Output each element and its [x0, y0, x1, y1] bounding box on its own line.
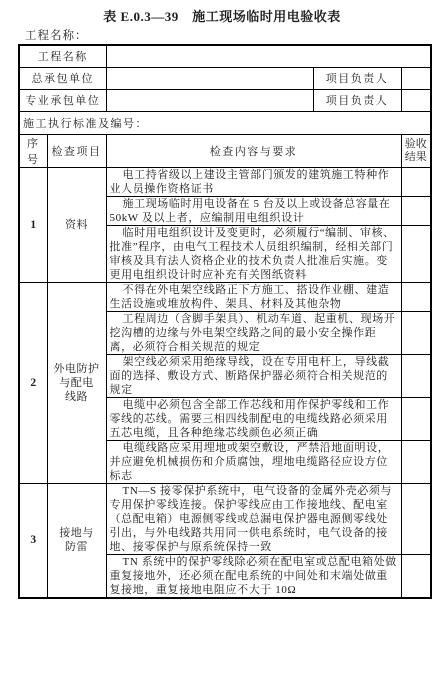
project-manager-input-cell[interactable]	[401, 89, 431, 111]
section-item: 资料	[47, 167, 106, 282]
result-cell[interactable]	[401, 225, 431, 282]
section-no: 2	[19, 282, 47, 483]
header-item: 检查项目	[47, 134, 106, 167]
form-title: 表 E.0.3—39 施工现场临时用电验收表	[0, 6, 444, 25]
project-name-cell-label: 工程名称	[19, 45, 106, 67]
result-cell[interactable]	[401, 311, 431, 354]
result-cell[interactable]	[401, 167, 431, 196]
specialty-contractor-label: 专业承包单位	[19, 89, 106, 111]
check-content-cell: 施工现场临时用电设备在 5 台及以上或设备总容量在 50kW 及以上者，应编制用…	[106, 196, 401, 225]
section-no: 1	[19, 167, 47, 282]
project-name-label: 工程名称：	[25, 27, 88, 43]
check-content-cell: TN 系统中的保护零线除必须在配电室或总配电箱处做重复接地外，还必须在配电系统的…	[106, 554, 401, 598]
project-manager-input-cell[interactable]	[401, 67, 431, 89]
header-no: 序号	[19, 134, 47, 167]
check-content-cell: 电缆中必须包含全部工作芯线和用作保护零线和工作零线的芯线。需要三相四线制配电的电…	[106, 397, 401, 440]
table-row: 专业承包单位 项目负责人	[19, 89, 431, 111]
check-content-cell: 不得在外电架空线路正下方施工、搭设作业棚、建造生活设施或堆放构件、架具、材料及其…	[106, 282, 401, 311]
project-manager-label: 项目负责人	[313, 67, 401, 89]
general-contractor-input-cell[interactable]	[106, 67, 313, 89]
header-result: 验收 结果	[401, 134, 431, 167]
check-content-cell: TN—S 接零保护系统中，电气设备的金属外壳必须与专用保护零线连接。保护零线应由…	[106, 483, 401, 554]
check-row: 2 外电防护 与配电 线路 不得在外电架空线路正下方施工、搭设作业棚、建造生活设…	[19, 282, 431, 311]
check-content-cell: 临时用电组织设计及变更时，必须履行“编制、审核、批准”程序，由电气工程技术人员组…	[106, 225, 401, 282]
check-content-cell: 工程周边（含脚手架具）、机动车道、起重机、现场开挖沟槽的边缘与外电架空线路之间的…	[106, 311, 401, 354]
result-cell[interactable]	[401, 282, 431, 311]
table-row: 工程名称	[19, 45, 431, 67]
check-content-cell: 电工持省级以上建设主管部门颁发的建筑施工特种作业人员操作资格证书	[106, 167, 401, 196]
table-row: 总承包单位 项目负责人	[19, 67, 431, 89]
check-row: 1 资料 电工持省级以上建设主管部门颁发的建筑施工特种作业人员操作资格证书	[19, 167, 431, 196]
section-no: 3	[19, 483, 47, 598]
result-cell[interactable]	[401, 397, 431, 440]
result-cell[interactable]	[401, 196, 431, 225]
checklist-header-row: 序号 检查项目 检查内容与要求 验收 结果	[19, 134, 431, 167]
table-row: 施工执行标准及编号：	[19, 111, 431, 134]
result-cell[interactable]	[401, 483, 431, 554]
result-cell[interactable]	[401, 440, 431, 483]
acceptance-form-table: 工程名称 总承包单位 项目负责人 专业承包单位 项目负责人 施工执行标准及编号：…	[18, 44, 432, 599]
result-cell[interactable]	[401, 354, 431, 397]
standard-number-cell[interactable]: 施工执行标准及编号：	[19, 111, 431, 134]
check-content-cell: 架空线必须采用绝缘导线，设在专用电杆上，导线截面的选择、敷设方式、断路保护器必须…	[106, 354, 401, 397]
project-name-input-cell[interactable]	[106, 45, 431, 67]
result-cell[interactable]	[401, 554, 431, 598]
general-contractor-label: 总承包单位	[19, 67, 106, 89]
specialty-contractor-input-cell[interactable]	[106, 89, 313, 111]
check-content-cell: 电缆线路应采用埋地或架空敷设，严禁沿地面明设，并应避免机械损伤和介质腐蚀，埋地电…	[106, 440, 401, 483]
page: 表 E.0.3—39 施工现场临时用电验收表 工程名称： 工程名称 总承包单位 …	[0, 0, 444, 674]
project-manager-label: 项目负责人	[313, 89, 401, 111]
check-row: 3 接地与 防雷 TN—S 接零保护系统中，电气设备的金属外壳必须与专用保护零线…	[19, 483, 431, 554]
section-item: 接地与 防雷	[47, 483, 106, 598]
header-content: 检查内容与要求	[106, 134, 401, 167]
section-item: 外电防护 与配电 线路	[47, 282, 106, 483]
